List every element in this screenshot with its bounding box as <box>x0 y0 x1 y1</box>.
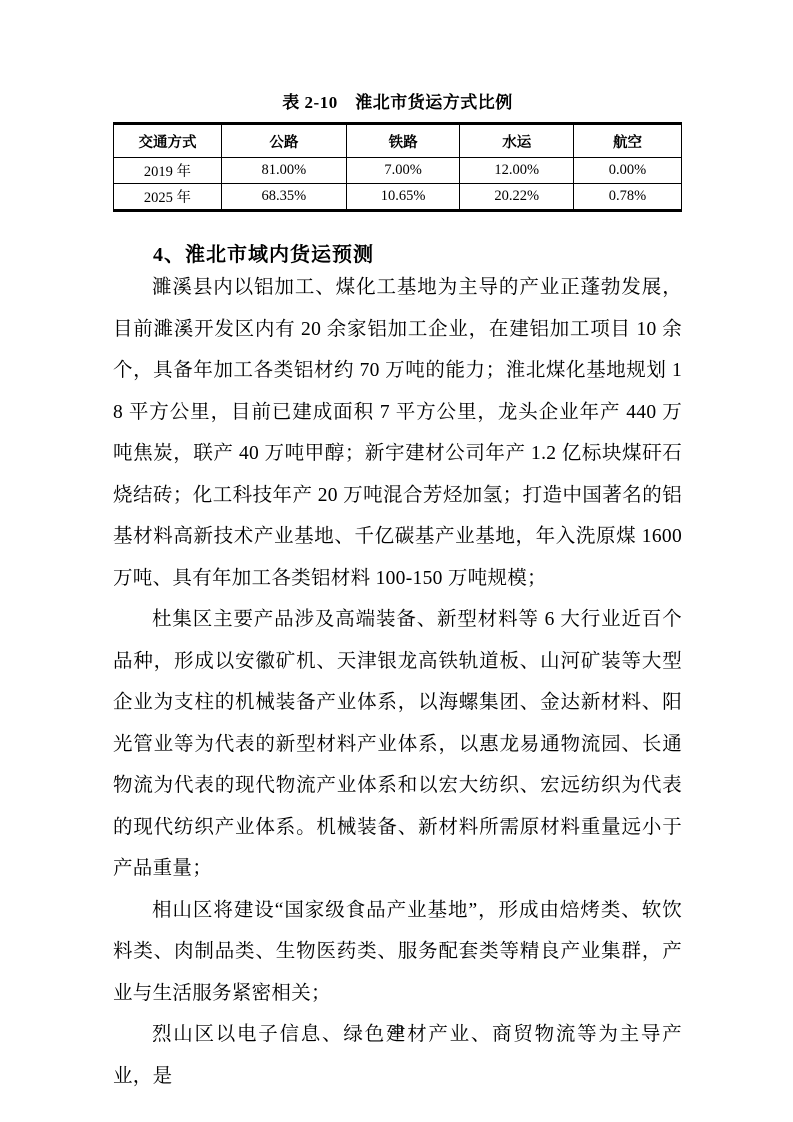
table-cell: 68.35% <box>221 184 346 211</box>
table-row-label: 2025 年 <box>114 184 222 211</box>
table-cell: 10.65% <box>346 184 460 211</box>
page-number: 30 <box>0 1022 793 1037</box>
table-cell: 12.00% <box>460 158 574 184</box>
table-cell: 0.78% <box>574 184 682 211</box>
table-row: 2025 年 68.35% 10.65% 20.22% 0.78% <box>114 184 682 211</box>
body-paragraph: 相山区将建设“国家级食品产业基地”，形成由焙烤类、软饮料类、肉制品类、生物医药类… <box>113 890 682 1015</box>
table-cell: 20.22% <box>460 184 574 211</box>
table-header-cell: 公路 <box>221 124 346 158</box>
table-cell: 7.00% <box>346 158 460 184</box>
section-heading: 4、淮北市域内货运预测 <box>113 238 682 267</box>
freight-mode-table: 交通方式 公路 铁路 水运 航空 2019 年 81.00% 7.00% 12.… <box>113 122 682 212</box>
table-row: 2019 年 81.00% 7.00% 12.00% 0.00% <box>114 158 682 184</box>
document-page: 表 2-10 淮北市货运方式比例 交通方式 公路 铁路 水运 航空 2019 年… <box>0 0 793 1122</box>
table-caption: 表 2-10 淮北市货运方式比例 <box>113 88 682 113</box>
body-paragraph: 杜集区主要产品涉及高端装备、新型材料等 6 大行业近百个品种，形成以安徽矿机、天… <box>113 599 682 890</box>
table-header-cell: 交通方式 <box>114 124 222 158</box>
table-header-row: 交通方式 公路 铁路 水运 航空 <box>114 124 682 158</box>
body-paragraph: 濉溪县内以铝加工、煤化工基地为主导的产业正蓬勃发展，目前濉溪开发区内有 20 余… <box>113 267 682 599</box>
table-header-cell: 水运 <box>460 124 574 158</box>
table-header-cell: 铁路 <box>346 124 460 158</box>
table-cell: 0.00% <box>574 158 682 184</box>
table-cell: 81.00% <box>221 158 346 184</box>
table-row-label: 2019 年 <box>114 158 222 184</box>
page-content: 表 2-10 淮北市货运方式比例 交通方式 公路 铁路 水运 航空 2019 年… <box>113 88 682 1097</box>
table-header-cell: 航空 <box>574 124 682 158</box>
